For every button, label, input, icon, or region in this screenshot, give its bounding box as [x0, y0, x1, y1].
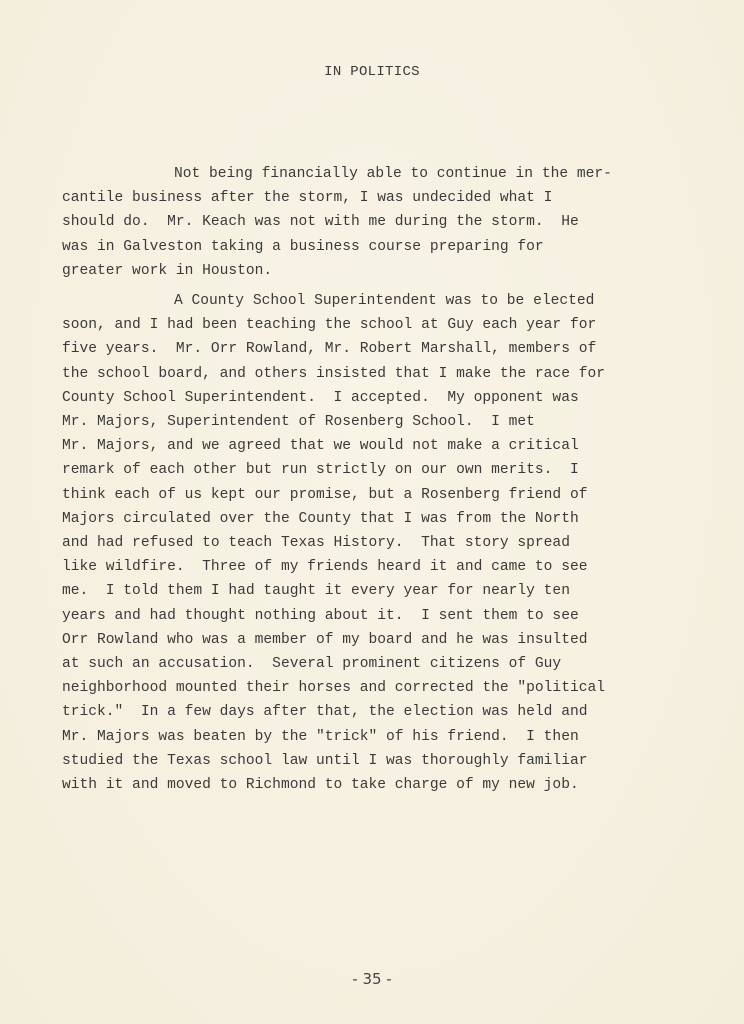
text-line: at such an accusation. Several prominent… [62, 652, 702, 676]
text-line: soon, and I had been teaching the school… [62, 313, 702, 337]
paragraph-2: A County School Superintendent was to be… [62, 289, 702, 797]
text-line: Mr. Majors, Superintendent of Rosenberg … [62, 410, 702, 434]
text-line: greater work in Houston. [62, 259, 702, 283]
text-line: A County School Superintendent was to be… [62, 289, 702, 313]
paragraph-1: Not being financially able to continue i… [62, 162, 702, 283]
text-line: should do. Mr. Keach was not with me dur… [62, 210, 702, 234]
text-line: and had refused to teach Texas History. … [62, 531, 702, 555]
text-line: County School Superintendent. I accepted… [62, 386, 702, 410]
text-line: like wildfire. Three of my friends heard… [62, 555, 702, 579]
text-line: was in Galveston taking a business cours… [62, 235, 702, 259]
document-page: IN POLITICS Not being financially able t… [0, 0, 744, 1024]
text-line: studied the Texas school law until I was… [62, 749, 702, 773]
text-line: me. I told them I had taught it every ye… [62, 579, 702, 603]
chapter-title: IN POLITICS [0, 64, 744, 80]
text-line: trick." In a few days after that, the el… [62, 700, 702, 724]
text-line: remark of each other but run strictly on… [62, 458, 702, 482]
body-text: Not being financially able to continue i… [62, 162, 702, 797]
text-line: think each of us kept our promise, but a… [62, 483, 702, 507]
text-line: Mr. Majors was beaten by the "trick" of … [62, 725, 702, 749]
text-line: years and had thought nothing about it. … [62, 604, 702, 628]
text-line: cantile business after the storm, I was … [62, 186, 702, 210]
text-line: five years. Mr. Orr Rowland, Mr. Robert … [62, 337, 702, 361]
text-line: the school board, and others insisted th… [62, 362, 702, 386]
page-number: - 35 - [0, 970, 744, 988]
text-line: Orr Rowland who was a member of my board… [62, 628, 702, 652]
text-line: Mr. Majors, and we agreed that we would … [62, 434, 702, 458]
text-line: neighborhood mounted their horses and co… [62, 676, 702, 700]
text-line: with it and moved to Richmond to take ch… [62, 773, 702, 797]
text-line: Not being financially able to continue i… [62, 162, 702, 186]
text-line: Majors circulated over the County that I… [62, 507, 702, 531]
